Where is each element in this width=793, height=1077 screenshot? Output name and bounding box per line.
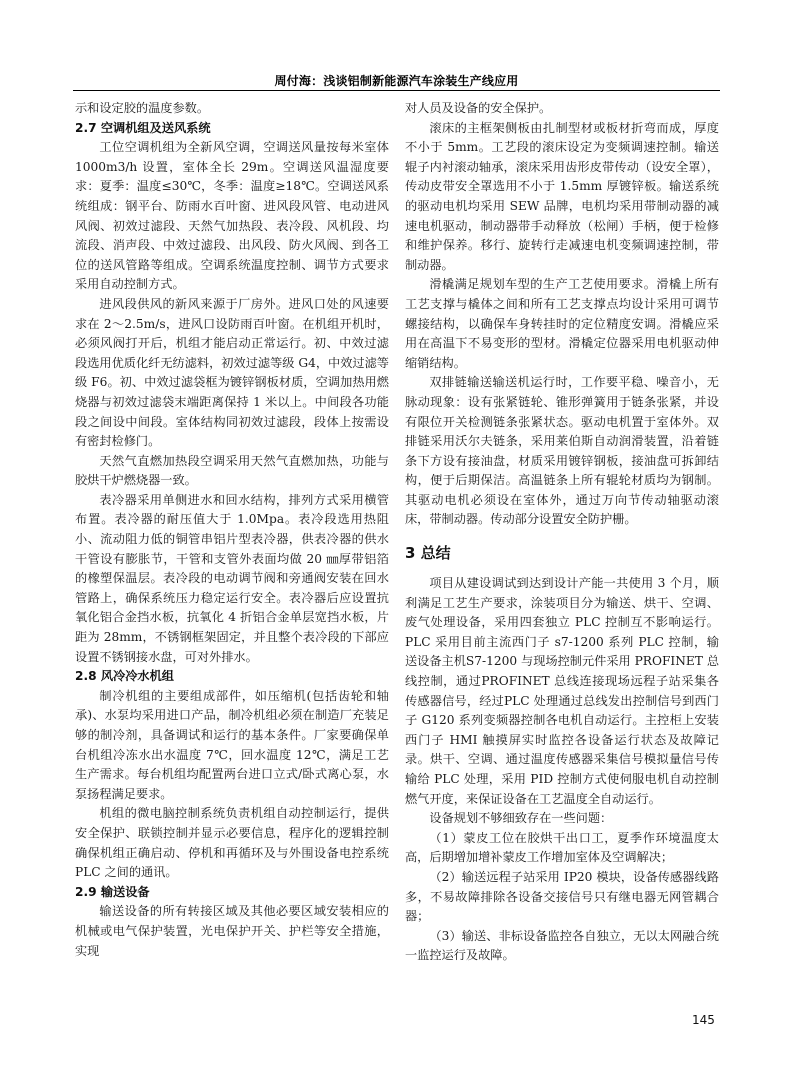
section-heading-2-7: 2.7 空调机组及送风系统 [75, 119, 389, 139]
paragraph: 滚床的主框架侧板由扎制型材或板材折弯而成，厚度不小于 5mm。工艺段的滚床设定为… [405, 119, 719, 276]
paragraph: 工位空调机组为全新风空调，空调送风量按每米室体1000m3/h 设置，室体全长 … [75, 138, 389, 295]
page-number: 145 [692, 1013, 715, 1027]
paragraph: 双排链输送输送机运行时，工作要平稳、噪音小，无脉动现象：设有张紧链轮、锥形弹簧用… [405, 373, 719, 530]
issue-item: （2）输送远程子站采用 IP20 模块，设备传感器线路多，不易故障排除各设备交接… [405, 868, 719, 927]
continuation-text: 对人员及设备的安全保护。 [405, 99, 719, 119]
right-column: 对人员及设备的安全保护。 滚床的主框架侧板由扎制型材或板材折弯而成，厚度不小于 … [405, 99, 719, 966]
left-column: 示和设定胶的温度参数。 2.7 空调机组及送风系统 工位空调机组为全新风空调，空… [75, 99, 389, 961]
paragraph: 输送设备的所有转接区域及其他必要区域安装相应的机械或电气保护装置，光电保护开关、… [75, 902, 389, 961]
section-heading-2-8: 2.8 风冷冷水机组 [75, 667, 389, 687]
issue-item: （1）蒙皮工位在胶烘干出口工，夏季作环境温度太高，后期增加增补蒙皮工作增加室体及… [405, 829, 719, 868]
continuation-text: 示和设定胶的温度参数。 [75, 99, 389, 119]
paragraph: 滑橇满足规划车型的生产工艺使用要求。滑橇上所有工艺支撑与橇体之间和所有工艺支撑点… [405, 275, 719, 373]
paragraph: 进风段供风的新风来源于厂房外。进风口处的风速要求在 2～2.5m/s，进风口设防… [75, 295, 389, 452]
running-title: 周付海：浅谈铝制新能源汽车涂装生产线应用 [73, 72, 720, 89]
paragraph: 项目从建设调试到达到设计产能一共使用 3 个月，顺利满足工艺生产要求，涂装项目分… [405, 574, 719, 809]
running-header: 周付海：浅谈铝制新能源汽车涂装生产线应用 [73, 70, 720, 91]
paragraph: 制冷机组的主要组成部件，如压缩机(包括齿轮和轴承)、水泵均采用进口产品，制冷机组… [75, 687, 389, 805]
paragraph: 设备规划不够细致存在一些问题： [405, 809, 719, 829]
section-heading-3: 3 总结 [405, 542, 719, 564]
section-heading-2-9: 2.9 输送设备 [75, 883, 389, 903]
paragraph: 表冷器采用单侧进水和回水结构，排列方式采用横管布置。表冷器的耐压值大于 1.0M… [75, 491, 389, 667]
paragraph: 天然气直燃加热段空调采用天然气直燃加热，功能与胶烘干炉燃烧器一致。 [75, 452, 389, 491]
issue-item: （3）输送、非标设备监控各自独立，无以太网融合统一监控运行及故障。 [405, 927, 719, 966]
paragraph: 机组的微电脑控制系统负责机组自动控制运行，提供安全保护、联锁控制并显示必要信息，… [75, 804, 389, 882]
